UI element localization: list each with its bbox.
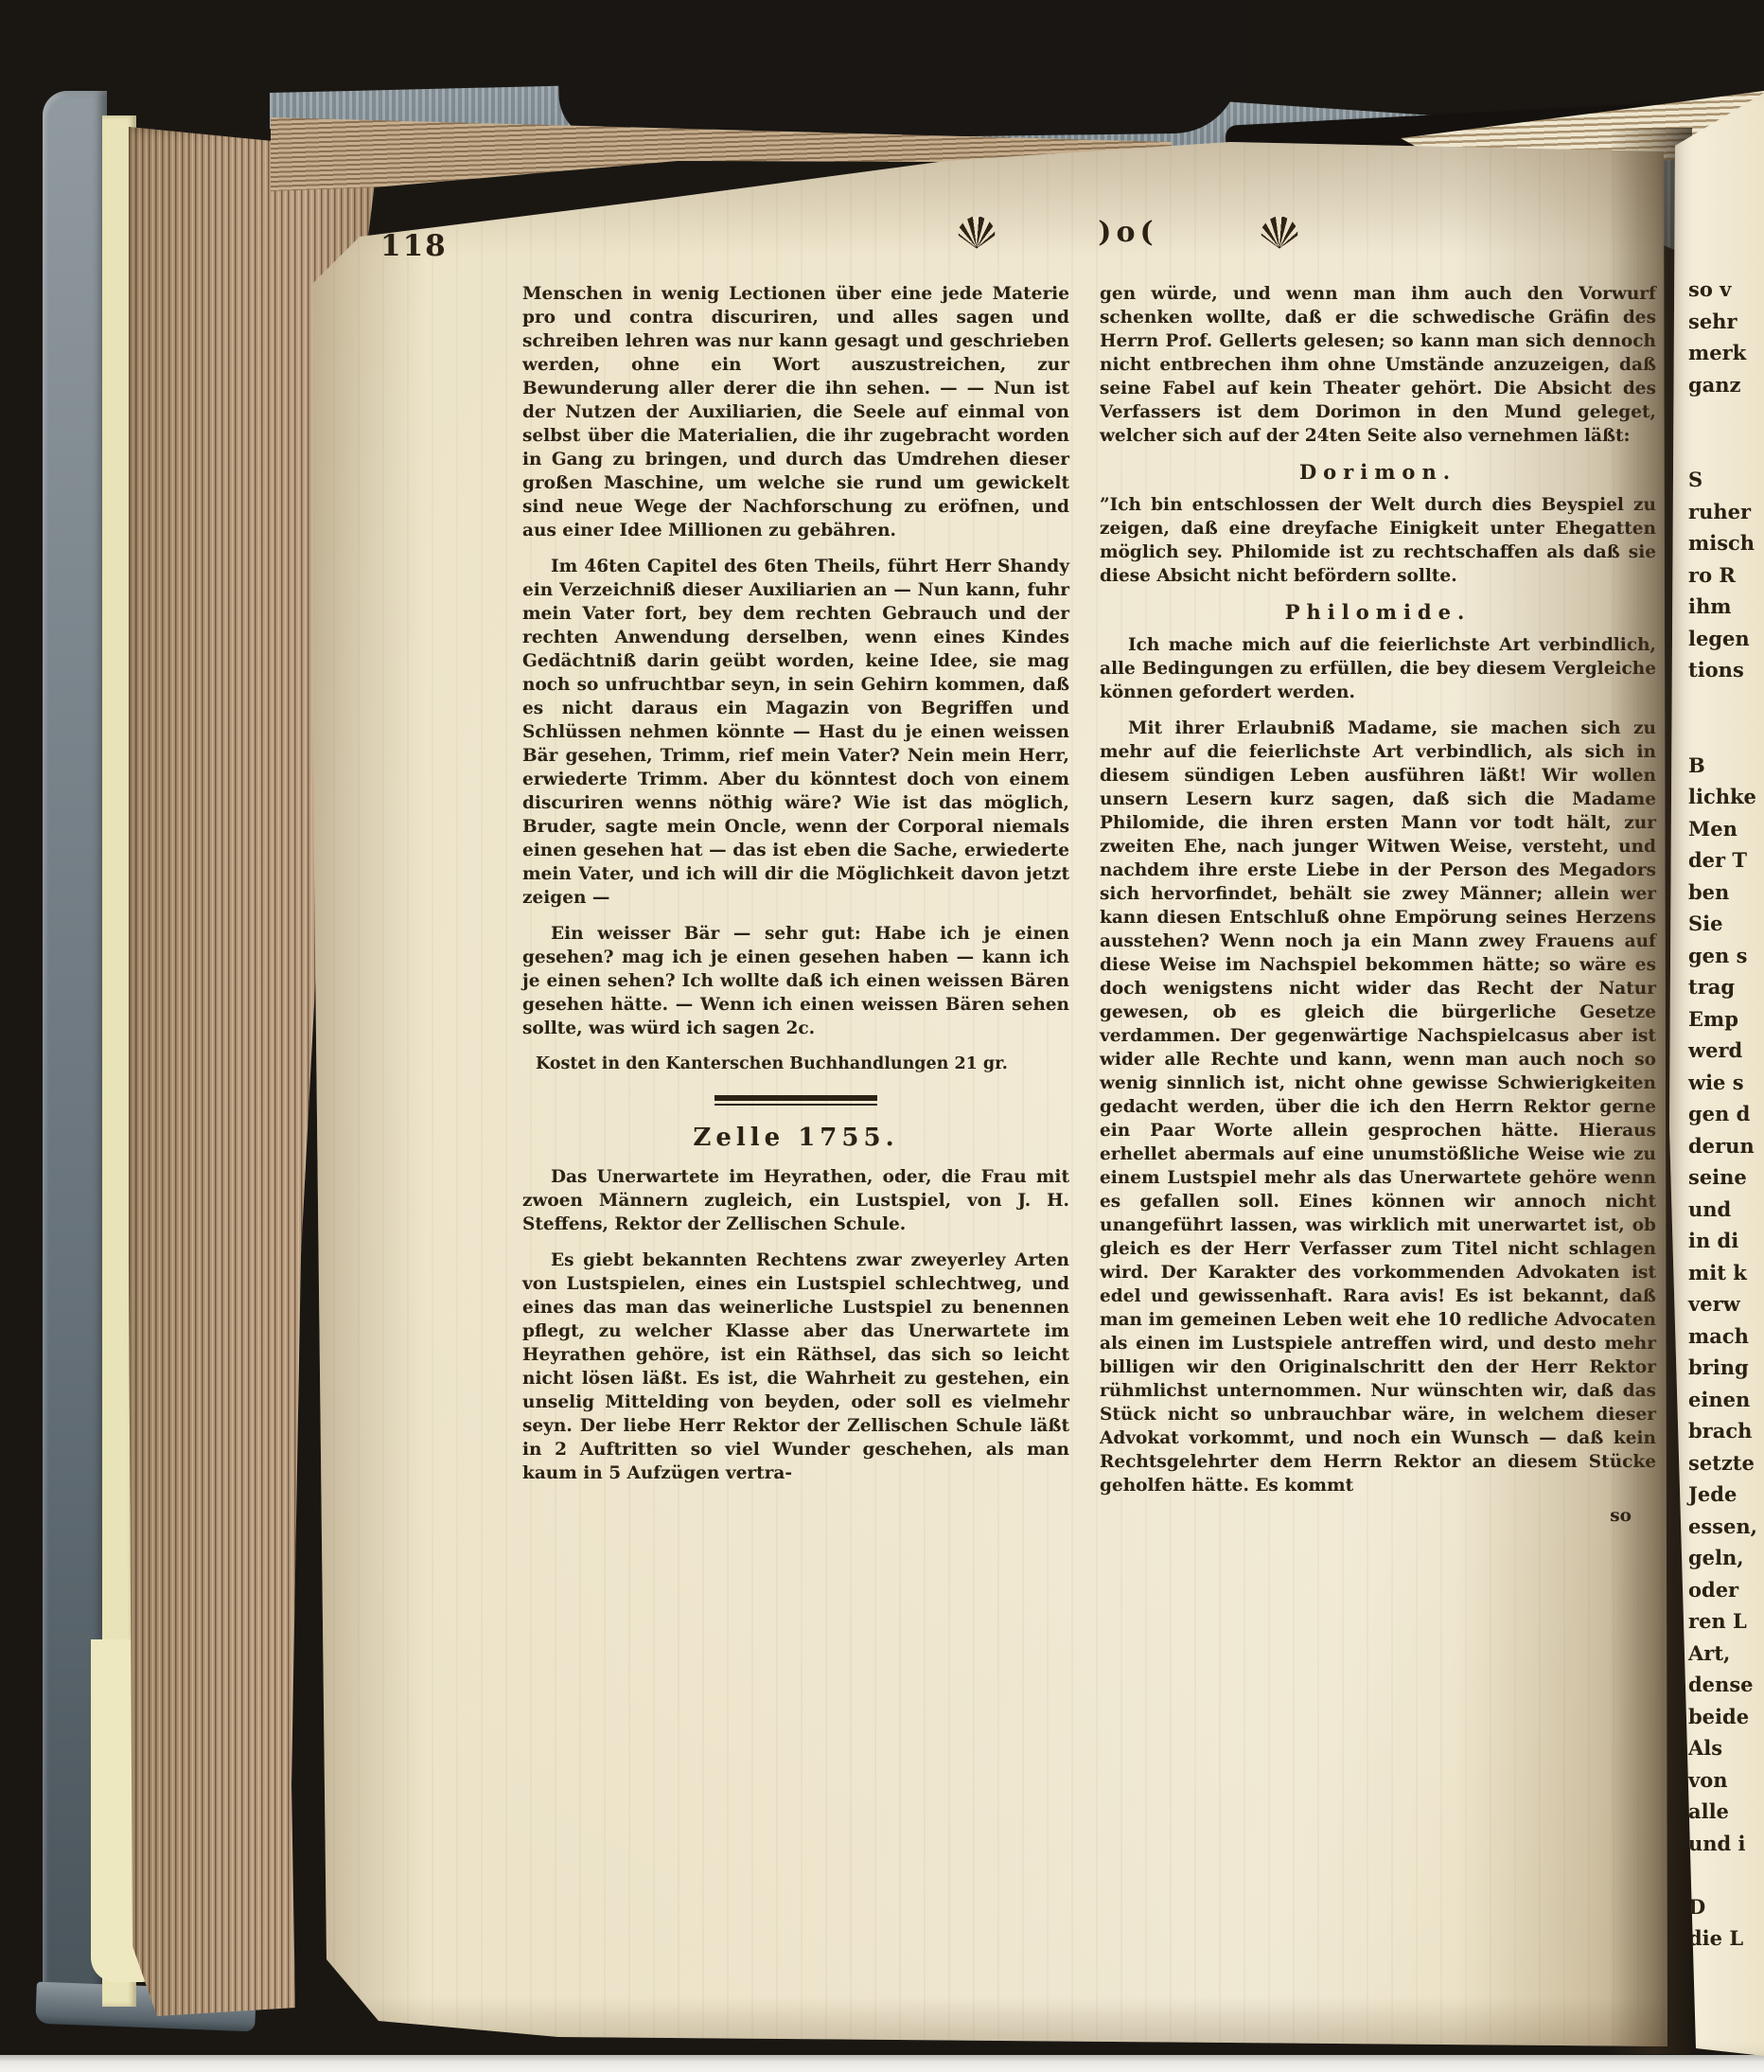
quote-paragraph: ”Ich bin entschlossen der Welt durch die… — [1100, 493, 1656, 588]
section-heading: Zelle 1755. — [522, 1126, 1069, 1150]
section-divider-rule — [714, 1095, 877, 1106]
header-ornaments: )o( — [958, 216, 1298, 249]
paragraph: gen würde, und wenn man ihm auch den Vor… — [1100, 282, 1656, 448]
text-column-left: Menschen in wenig Lectionen über eine je… — [522, 282, 1069, 1497]
open-page: 118 )o( Menschen in wenig Lectionen über… — [284, 133, 1670, 2054]
speaker-heading-philomide: Philomide. — [1100, 600, 1656, 624]
paragraph: Mit ihrer Erlaubniß Madame, sie machen s… — [1100, 717, 1656, 1497]
page-number: 118 — [380, 229, 448, 263]
paragraph: Es giebt bekannten Rechtens zwar zweyerl… — [522, 1249, 1069, 1485]
scan-bottom-strip — [0, 2055, 1764, 2072]
text-column-right: gen würde, und wenn man ihm auch den Vor… — [1100, 282, 1656, 1528]
page-shadow-bottom — [284, 1997, 1670, 2054]
speaker-heading-dorimon: Dorimon. — [1100, 460, 1656, 484]
spine-cloth-shadow — [557, 0, 1241, 142]
catchword: so — [1100, 1504, 1656, 1528]
book-scan-photo: 118 )o( Menschen in wenig Lectionen über… — [0, 0, 1764, 2072]
shell-ornament-icon — [1261, 217, 1298, 248]
paragraph: Menschen in wenig Lectionen über eine je… — [522, 282, 1069, 542]
header-separator-mark: )o( — [1098, 216, 1157, 249]
shell-ornament-icon — [958, 217, 996, 248]
paragraph: Ein weisser Bär — sehr gut: Habe ich je … — [522, 922, 1069, 1040]
quote-paragraph: Ich mache mich auf die feierlichste Art … — [1100, 633, 1656, 704]
next-page-text-fragments: so v sehr merk ganz S ruher misch ro R i… — [1688, 274, 1764, 1955]
price-line: Kostet in den Kanterschen Buchhandlungen… — [522, 1053, 1069, 1076]
paragraph: Im 46ten Capitel des 6ten Theils, führt … — [522, 555, 1069, 910]
play-title-paragraph: Das Unerwartete im Heyrathen, oder, die … — [522, 1165, 1069, 1236]
